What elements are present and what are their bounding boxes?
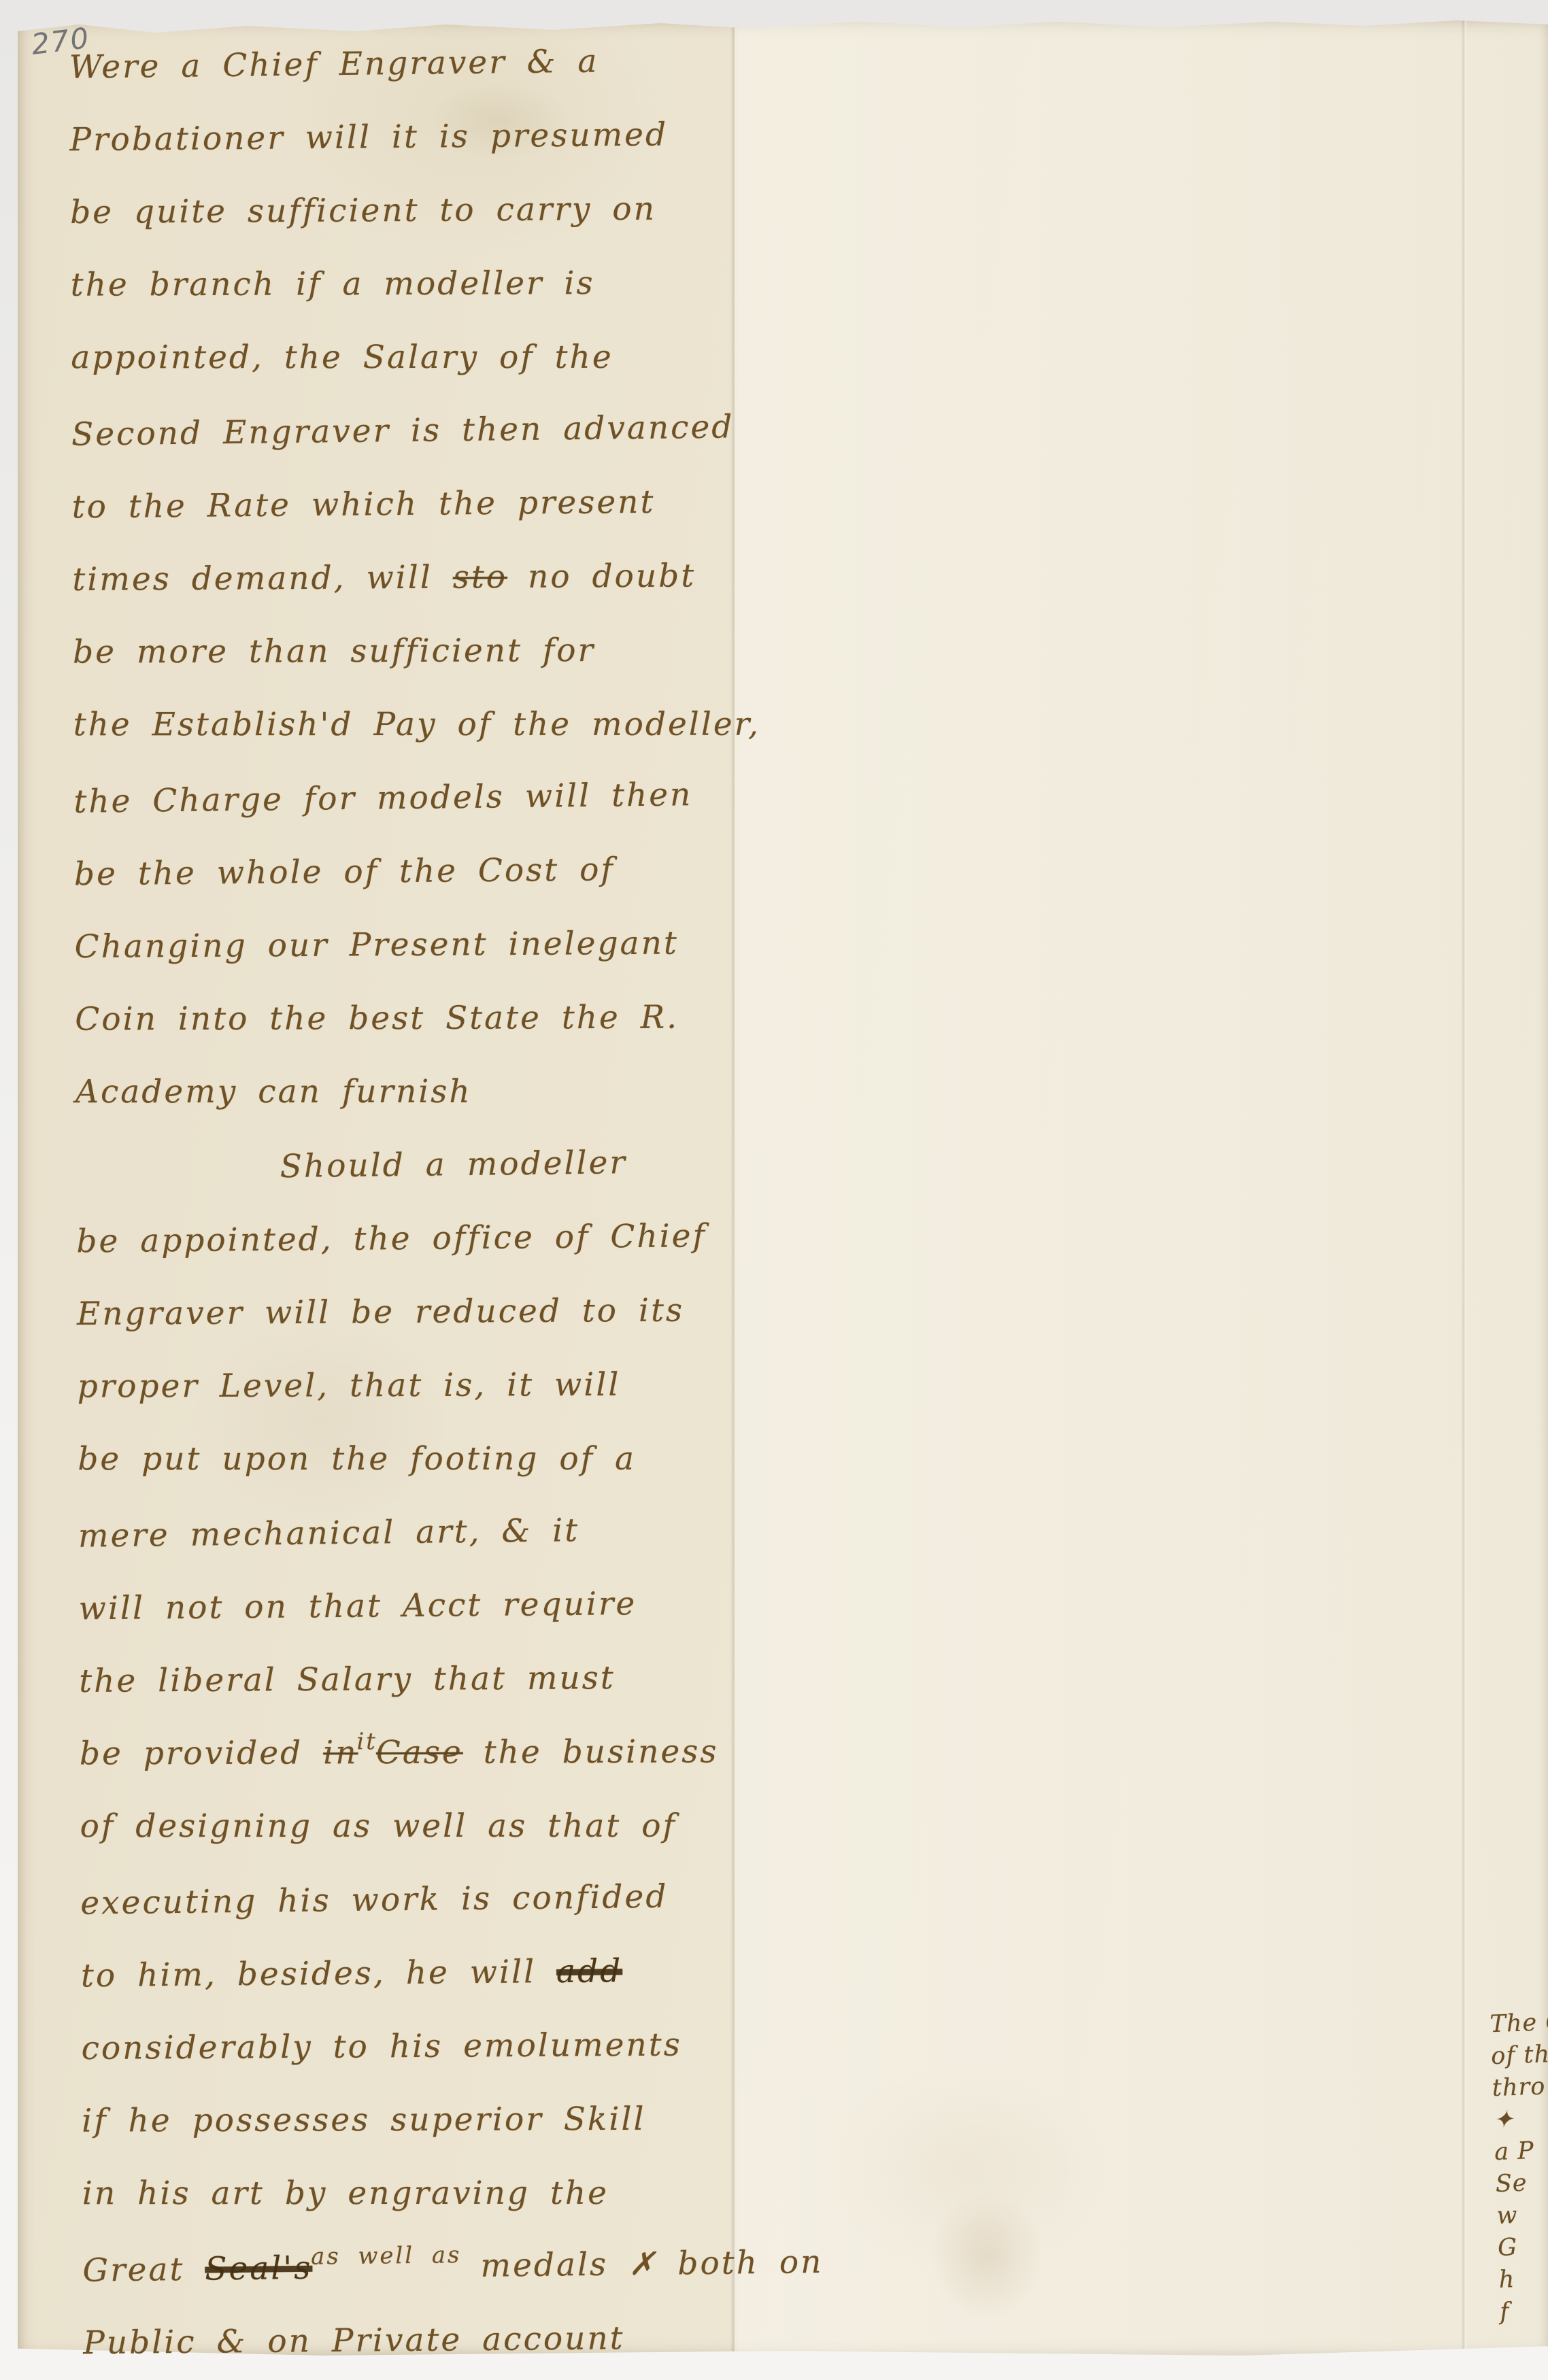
handwritten-text: be the whole of the Cost of bbox=[74, 851, 615, 893]
handwritten-text: Changing our Present inelegant bbox=[75, 925, 679, 966]
manuscript-line: Coin into the best State the R. bbox=[75, 981, 741, 1056]
manuscript-line: be put upon the footing of a bbox=[78, 1423, 744, 1497]
handwritten-text: Great bbox=[82, 2251, 205, 2290]
manuscript-line: Changing our Present inelegant bbox=[74, 906, 741, 984]
handwritten-text: no doubt bbox=[507, 557, 696, 596]
manuscript-line: the Charge for models will then bbox=[73, 758, 741, 838]
struck-out-text: in bbox=[323, 1734, 358, 1771]
blotted-out-text: add bbox=[556, 1952, 623, 1990]
manuscript-line: the Establish'd Pay of the modeller, bbox=[73, 688, 740, 762]
facing-page-line-fragment: G bbox=[1497, 2230, 1548, 2264]
facing-page-line-fragment: of th bbox=[1490, 2038, 1548, 2073]
handwritten-text: appointed, the Salary of the bbox=[71, 339, 613, 376]
manuscript-line: be quite sufficient to carry on bbox=[70, 172, 737, 250]
manuscript-line: Great Seal'sas well as medals ✗ both on bbox=[82, 2226, 750, 2307]
handwritten-text: be quite sufficient to carry on bbox=[70, 190, 656, 231]
manuscript-line: times demand, will sto no doubt bbox=[72, 539, 739, 617]
handwritten-text: proper Level, that is, it will bbox=[78, 1366, 621, 1406]
handwritten-text: mere mechanical art, & it bbox=[78, 1512, 580, 1555]
facing-page-line-fragment: f bbox=[1500, 2294, 1548, 2328]
manuscript-line: be the whole of the Cost of bbox=[74, 832, 741, 912]
facing-page-line-fragment: The Cl bbox=[1490, 2006, 1548, 2041]
facing-page-line-fragment: a P bbox=[1494, 2134, 1548, 2169]
manuscript-line: to the Rate which the present bbox=[71, 465, 739, 545]
handwritten-text: executing his work is confided bbox=[80, 1878, 669, 1922]
handwritten-text: considerably to his emoluments bbox=[81, 2026, 682, 2067]
handwritten-text: will not on that Acct require bbox=[78, 1585, 637, 1627]
handwritten-text: Coin into the best State the R. bbox=[75, 999, 679, 1038]
handwritten-text: be provided bbox=[80, 1734, 323, 1772]
facing-page-line-fragment: thro L bbox=[1492, 2070, 1548, 2105]
photograph-backdrop: 270 Were a Chief Engraver & aProbationer… bbox=[0, 0, 1548, 2380]
manuscript-line: of designing as well as that of bbox=[80, 1790, 747, 1864]
handwritten-text: of designing as well as that of bbox=[80, 1807, 677, 1845]
handwritten-text: Academy can furnish bbox=[75, 1073, 472, 1110]
handwritten-text: to him, besides, he will bbox=[81, 1953, 557, 1994]
handwritten-text: be put upon the footing of a bbox=[78, 1440, 636, 1478]
handwritten-text: the branch if a modeller is bbox=[71, 265, 595, 304]
handwritten-text: the Charge for models will then bbox=[73, 776, 693, 821]
manuscript-line: appointed, the Salary of the bbox=[71, 321, 737, 395]
manuscript-line: mere mechanical art, & it bbox=[78, 1492, 745, 1573]
manuscript-line: be provided initCase the business bbox=[80, 1715, 746, 1790]
manuscript-line: Should a modeller bbox=[75, 1125, 743, 1206]
handwritten-text: Second Engraver is then advanced bbox=[71, 408, 735, 453]
handwritten-text: Were a Chief Engraver & a bbox=[69, 43, 599, 86]
blank-right-leaf bbox=[737, 19, 1548, 2356]
manuscript-line: Academy can furnish bbox=[75, 1055, 742, 1129]
manuscript-line: in his art by engraving the bbox=[82, 2157, 749, 2231]
facing-page-line-fragment: Se bbox=[1495, 2166, 1548, 2200]
struck-out-text: Case bbox=[376, 1734, 463, 1771]
manuscript-text: Were a Chief Engraver & aProbationer wil… bbox=[69, 25, 750, 2379]
blotted-out-text: Seal's bbox=[205, 2249, 313, 2288]
manuscript-line: be more than sufficient for bbox=[73, 613, 739, 689]
handwritten-text: Engraver will be reduced to its bbox=[77, 1292, 684, 1333]
facing-page-line-fragment: h bbox=[1498, 2262, 1548, 2296]
manuscript-line: the branch if a modeller is bbox=[71, 246, 737, 322]
handwritten-text: be appointed, the office of Chief bbox=[76, 1217, 707, 1260]
manuscript-line: proper Level, that is, it will bbox=[77, 1348, 743, 1423]
facing-page-line-fragment: w bbox=[1496, 2198, 1548, 2232]
manuscript-line: executing his work is confided bbox=[80, 1859, 747, 1940]
struck-out-text: sto bbox=[453, 558, 508, 596]
handwritten-text: the business bbox=[463, 1733, 719, 1771]
handwritten-text: Probationer will it is presumed bbox=[69, 116, 668, 159]
handwritten-text: be more than sufficient for bbox=[73, 632, 595, 671]
handwritten-text: the Establish'd Pay of the modeller, bbox=[73, 706, 760, 744]
manuscript-line: the liberal Salary that must bbox=[79, 1641, 746, 1718]
manuscript-line: Public & on Private account bbox=[83, 2301, 750, 2380]
manuscript-line: Second Engraver is then advanced bbox=[71, 390, 738, 471]
right-fold-crease bbox=[1461, 19, 1466, 2356]
inserted-above-text: as well as bbox=[311, 2255, 461, 2257]
manuscript-line: be appointed, the office of Chief bbox=[76, 1200, 743, 1279]
manuscript-line: Engraver will be reduced to its bbox=[77, 1274, 744, 1351]
facing-page-line-fragment: ✦ bbox=[1493, 2102, 1548, 2137]
manuscript-line: if he possesses superior Skill bbox=[82, 2082, 748, 2158]
handwritten-text: in his art by engraving the bbox=[82, 2175, 609, 2212]
manuscript-line: Probationer will it is presumed bbox=[69, 98, 737, 177]
handwritten-text: if he possesses superior Skill bbox=[82, 2101, 645, 2140]
handwritten-text: to the Rate which the present bbox=[72, 483, 656, 526]
handwritten-text: the liberal Salary that must bbox=[79, 1659, 616, 1700]
handwritten-text: Should a modeller bbox=[280, 1144, 627, 1185]
manuscript-line: considerably to his emoluments bbox=[81, 2008, 748, 2086]
manuscript-line: Were a Chief Engraver & a bbox=[69, 23, 736, 104]
handwritten-text: Public & on Private account bbox=[83, 2319, 625, 2362]
manuscript-line: will not on that Acct require bbox=[78, 1567, 745, 1646]
handwritten-text: medals ✗ both on bbox=[460, 2243, 823, 2285]
handwritten-text: times demand, will bbox=[72, 559, 453, 598]
manuscript-line: to him, besides, he will add bbox=[80, 1934, 747, 2013]
